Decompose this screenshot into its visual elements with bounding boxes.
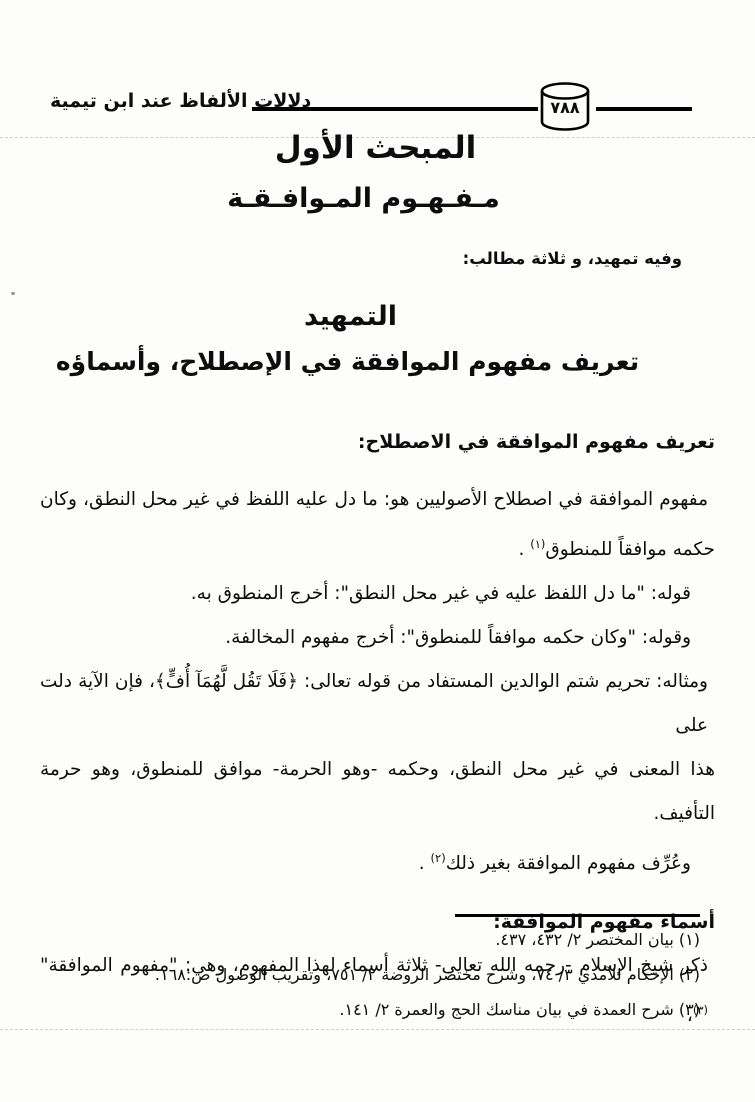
book-page: دلالات الألفاظ عند ابن تيمية ٧٨٨ المبحث … — [0, 0, 755, 1102]
tamhid-subtitle: تعريف مفهوم الموافقة في الإصطلاح، وأسماؤ… — [0, 347, 695, 376]
scan-artifact-line-bottom — [0, 1029, 755, 1030]
text-run: مفهوم الموافقة في اصطلاح الأصوليين هو: م… — [40, 489, 708, 510]
body-line: وعُرِّف مفهوم الموافقة بغير ذلك(٢) . — [40, 836, 715, 886]
footnote-ref: (١) — [530, 537, 545, 551]
body-line: وقوله: "وكان حكمه موافقاً للمنطوق": أخرج… — [40, 616, 715, 660]
section-heading: تعريف مفهوم الموافقة في الاصطلاح: — [40, 420, 715, 464]
page-number: ٧٨٨ — [538, 98, 592, 117]
body-line: مفهوم الموافقة في اصطلاح الأصوليين هو: م… — [40, 478, 715, 522]
chapter-subtitle: مـفـهـوم المـوافـقـة — [0, 183, 727, 214]
text-run: هذا المعنى في غير محل النطق، وحكمه -وهو … — [40, 759, 715, 824]
body-line: قوله: "ما دل اللفظ عليه في غير محل النطق… — [40, 572, 715, 616]
text-run: . — [518, 539, 530, 560]
body-line: ومثاله: تحريم شتم الوالدين المستفاد من ق… — [40, 660, 715, 748]
scan-speck — [11, 292, 15, 295]
chapter-title: المبحث الأول — [0, 130, 751, 166]
header-rule-left — [252, 107, 538, 111]
footnote: (٢) الإحكام للآمدي ٣/ ٧٤، وشرح مختصر الر… — [45, 957, 700, 992]
footnote: (٣) شرح العمدة في بيان مناسك الحج والعمر… — [45, 992, 700, 1027]
text-run: حكمه موافقاً للمنطوق — [545, 539, 715, 560]
footnote-separator — [455, 914, 700, 917]
tamhid-title: التمهيد — [0, 301, 701, 332]
body-line: هذا المعنى في غير محل النطق، وحكمه -وهو … — [40, 748, 715, 836]
footnotes-list: (١) بيان المختصر ٢/ ٤٣٢، ٤٣٧.(٢) الإحكام… — [45, 922, 700, 1027]
text-run: ومثاله: تحريم شتم الوالدين المستفاد من ق… — [40, 671, 708, 736]
text-run: . — [419, 853, 431, 874]
text-run: وقوله: "وكان حكمه موافقاً للمنطوق": أخرج… — [225, 627, 691, 648]
body-line: حكمه موافقاً للمنطوق(١) . — [40, 522, 715, 572]
chapter-contents-note: وفيه تمهيد، و ثلاثة مطالب: — [463, 249, 682, 268]
text-run: قوله: "ما دل اللفظ عليه في غير محل النطق… — [191, 583, 691, 604]
text-run: وعُرِّف مفهوم الموافقة بغير ذلك — [446, 853, 691, 874]
footnote-ref: (٢) — [431, 851, 446, 865]
footnote: (١) بيان المختصر ٢/ ٤٣٢، ٤٣٧. — [45, 922, 700, 957]
header-rule-right — [596, 107, 692, 111]
page-number-cylinder-icon: ٧٨٨ — [538, 80, 592, 134]
